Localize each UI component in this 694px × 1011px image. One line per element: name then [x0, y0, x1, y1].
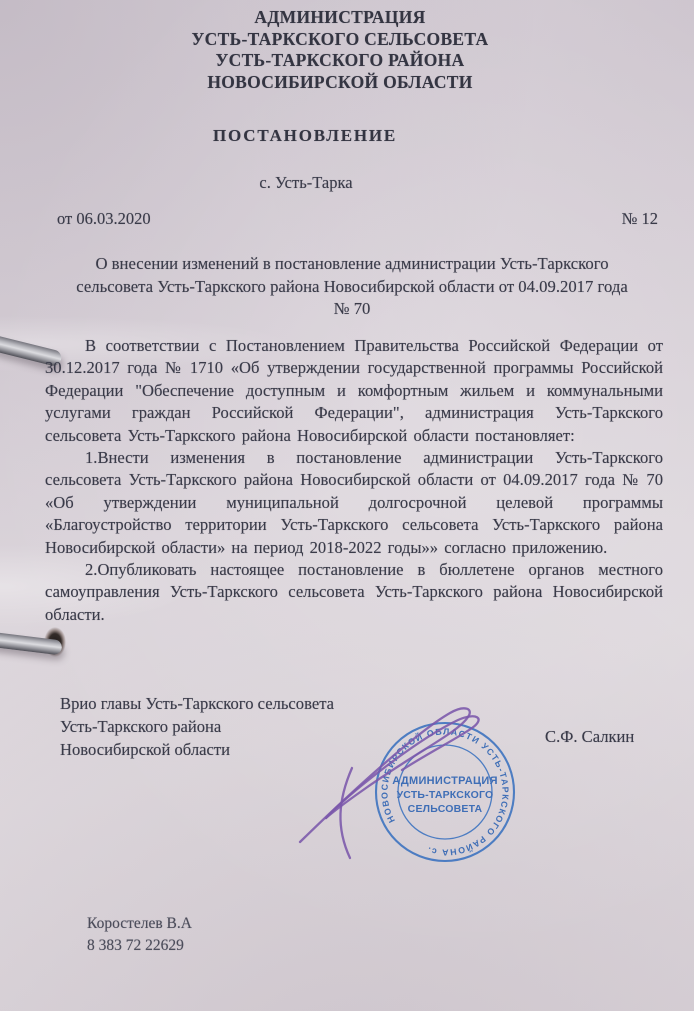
signature-stroke-tail — [340, 768, 352, 858]
place-line: с. Усть-Тарка — [0, 173, 612, 193]
contact-footer: Коростелев В.А 8 383 72 22629 — [87, 913, 192, 956]
title-line-2: сельсовета Усть-Таркского района Новосиб… — [55, 276, 649, 299]
paragraph-item-1: 1.Внести изменения в постановление админ… — [45, 447, 663, 559]
paragraph-preamble: В соответствии с Постановлением Правител… — [45, 335, 663, 447]
scanned-document-page: АДМИНИСТРАЦИЯ УСТЬ-ТАРКСКОГО СЕЛЬСОВЕТА … — [0, 0, 694, 1011]
meta-row: от 06.03.2020 № 12 — [57, 209, 658, 229]
org-line-2: УСТЬ-ТАРКСКОГО СЕЛЬСОВЕТА — [0, 29, 680, 51]
document-type-heading: ПОСТАНОВЛЕНИЕ — [0, 126, 610, 146]
document-date: от 06.03.2020 — [57, 209, 151, 229]
title-line-3: № 70 — [55, 298, 649, 321]
signature-ink — [280, 690, 500, 870]
org-line-4: НОВОСИБИРСКОЙ ОБЛАСТИ — [0, 72, 680, 94]
document-title: О внесении изменений в постановление адм… — [55, 253, 649, 321]
document-body: В соответствии с Постановлением Правител… — [45, 335, 663, 626]
org-header: АДМИНИСТРАЦИЯ УСТЬ-ТАРКСКОГО СЕЛЬСОВЕТА … — [0, 7, 680, 93]
title-line-1: О внесении изменений в постановление адм… — [55, 253, 649, 276]
org-line-3: УСТЬ-ТАРКСКОГО РАЙОНА — [0, 50, 680, 72]
org-line-1: АДМИНИСТРАЦИЯ — [0, 7, 680, 29]
document-number: № 12 — [622, 209, 658, 229]
paragraph-item-2: 2.Опубликовать настоящее постановление в… — [45, 559, 663, 626]
contact-phone: 8 383 72 22629 — [87, 935, 192, 957]
signer-name: С.Ф. Салкин — [545, 727, 634, 747]
contact-name: Коростелев В.А — [87, 913, 192, 935]
signature-stroke-loop — [326, 716, 479, 818]
